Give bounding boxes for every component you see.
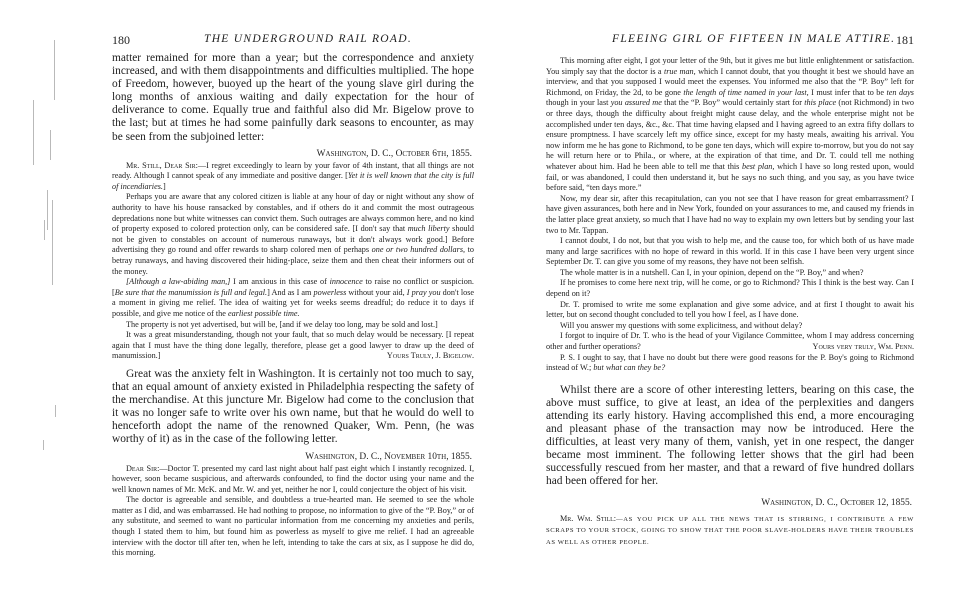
narrative-paragraph: Whilst there are a score of other intere… — [546, 384, 914, 489]
text: that the “P. Boy” would certainly start … — [662, 98, 804, 107]
italic-text: one or two hundred dollars, — [372, 245, 465, 254]
page-number: 181 — [896, 33, 914, 48]
letter1: Mr. Still, Dear Sir:—I regret exceedingl… — [112, 161, 474, 362]
italic-text: ten days — [887, 88, 915, 97]
italic-text: best plan, — [742, 162, 774, 171]
book-spread: 180 THE UNDERGROUND RAIL ROAD. matter re… — [0, 0, 980, 615]
italic-text: innocence — [330, 277, 363, 286]
italic-text: true man, — [664, 67, 696, 76]
letter3-paragraph: Mr. Wm. Still:—As you pick up all the ne… — [546, 514, 914, 549]
letter2-dateline: Washington, D. C., November 10th, 1855. — [112, 451, 472, 464]
right-page-body: This morning after eight, I got your let… — [546, 56, 914, 548]
text: —Doctor T. presented my card last night … — [112, 464, 474, 494]
right-running-head: FLEEING GIRL OF FIFTEEN IN MALE ATTIRE. … — [546, 33, 914, 49]
intro-paragraph: matter remained for more than a year; bu… — [112, 52, 474, 144]
text: ] And as I am — [267, 288, 313, 297]
letter2-paragraph: Will you answer my questions with some e… — [546, 321, 914, 332]
letter2: Dear Sir:—Doctor T. presented my card la… — [112, 464, 474, 559]
italic-text: [Although a law-abiding man,] — [126, 277, 230, 286]
text: though in your last — [546, 98, 611, 107]
letter3-dateline: Washington, D. C., October 12, 1855. — [546, 497, 912, 510]
text: without your aid, — [346, 288, 407, 297]
salutation: Mr. Still, Dear Sir: — [126, 161, 198, 170]
letter2-paragraph: Dr. T. promised to write me some explana… — [546, 300, 914, 321]
italic-text: I pray you — [407, 288, 441, 297]
letter2-paragraph: If he promises to come here next trip, w… — [546, 278, 914, 299]
letter1-paragraph: It was a great misunderstanding, though … — [112, 330, 474, 362]
left-running-head: 180 THE UNDERGROUND RAIL ROAD. — [112, 33, 474, 49]
letter1-paragraph: Mr. Still, Dear Sir:—I regret exceedingl… — [112, 161, 474, 193]
letter2-paragraph: I cannot doubt, I do not, but that you w… — [546, 236, 914, 268]
letter2-paragraph: I forgot to inquire of Dr. T. who is the… — [546, 331, 914, 352]
italic-text: this place — [804, 98, 836, 107]
italic-text: the length of time named in your last, — [683, 88, 808, 97]
text: I must infer that to be — [809, 88, 887, 97]
text: I am anxious in this case of — [230, 277, 329, 286]
letter2-paragraph: This morning after eight, I got your let… — [546, 56, 914, 194]
letter2-paragraph: Now, my dear sir, after this recapitulat… — [546, 194, 914, 236]
page-number: 180 — [112, 33, 130, 48]
letter1-paragraph: [Although a law-abiding man,] I am anxio… — [112, 277, 474, 319]
salutation: Dear Sir: — [126, 464, 159, 473]
narrative-paragraph: Great was the anxiety felt in Washington… — [112, 368, 474, 447]
text: (not Richmond) in two or three days, tho… — [546, 98, 914, 171]
italic-text: Be sure that the manumission is full and… — [115, 288, 267, 297]
letter1-dateline: Washington, D. C., October 6th, 1855. — [112, 148, 472, 161]
italic-text: you assured me — [611, 98, 662, 107]
signature: Yours Truly, J. Bigelow. — [373, 351, 474, 362]
signature: Yours very truly, Wm. Penn. — [799, 342, 914, 353]
letter1-paragraph: The property is not yet advertised, but … — [112, 320, 474, 331]
italic-text: earliest possible time. — [228, 309, 300, 318]
text: ] — [163, 182, 166, 191]
running-head-title: THE UNDERGROUND RAIL ROAD. — [204, 33, 412, 45]
left-page-body: matter remained for more than a year; bu… — [112, 52, 474, 559]
letter2-paragraph: The doctor is agreeable and sensible, an… — [112, 495, 474, 559]
running-head-title: FLEEING GIRL OF FIFTEEN IN MALE ATTIRE. — [612, 33, 895, 45]
italic-text: powerless — [314, 288, 347, 297]
letter2-continued: This morning after eight, I got your let… — [546, 56, 914, 374]
letter2-paragraph: Dear Sir:—Doctor T. presented my card la… — [112, 464, 474, 496]
salutation: Mr. Wm. Still: — [560, 514, 616, 523]
italic-text: much liberty — [408, 224, 450, 233]
scan-gutter-marks — [30, 40, 60, 460]
italic-text: but what can they be? — [593, 363, 665, 372]
letter1-paragraph: Perhaps you are aware that any colored c… — [112, 192, 474, 277]
postscript: P. S. I ought to say, that I have no dou… — [546, 353, 914, 374]
letter2-paragraph: The whole matter is in a nutshell. Can I… — [546, 268, 914, 279]
